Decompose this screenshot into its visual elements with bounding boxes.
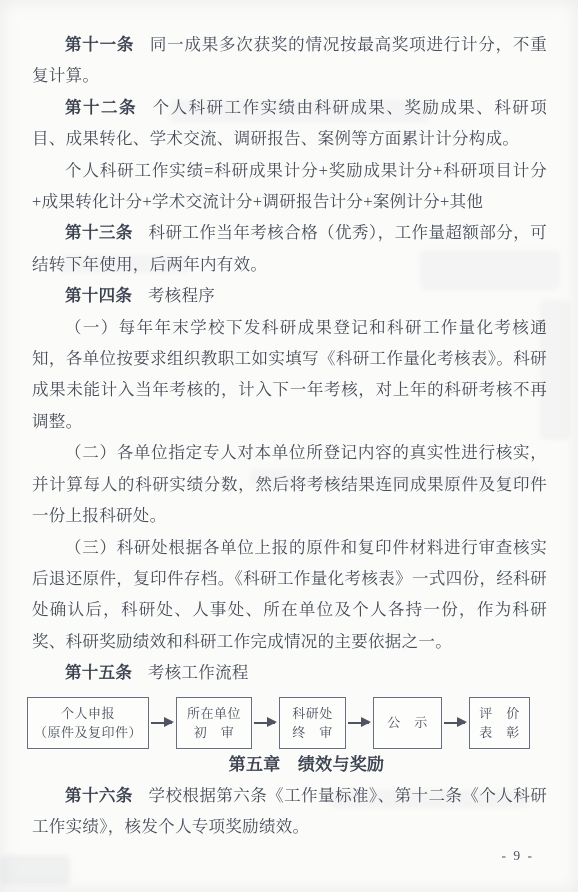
paragraph-article-15: 第十五条考核工作流程 (32, 657, 547, 688)
paragraph-text: （一）每年年末学校下发科研成果登记和科研工作量化考核通知，各单位按要求组织教职工… (32, 318, 547, 431)
document-body: 第十一条同一成果多次获奖的情况按最高奖项进行计分，不重复计算。 第十二条个人科研… (32, 29, 547, 843)
paragraph-item-2: （二）各单位指定专人对本单位所登记内容的真实性进行核实，并计算每人的科研实绩分数… (32, 437, 547, 531)
flow-step-label: 评 价 (479, 704, 520, 723)
flow-arrow-icon (151, 722, 172, 724)
flow-step-sublabel: 终 审 (292, 723, 333, 742)
paragraph-formula: 个人科研工作实绩=科研成果计分+奖励成果计分+科研项目计分+成果转化计分+学术交… (32, 155, 547, 218)
assessment-flowchart: 个人申报 （原件及复印件） 所在单位 初 审 科研处 终 审 公 示 评 价 表… (27, 697, 530, 749)
paragraph-text: 考核工作流程 (148, 663, 249, 682)
paragraph-text: （三）科研处根据各单位上报的原件和复印件材料进行审查核实后退还原件，复印件存档。… (32, 538, 547, 651)
flow-step-evaluation-commendation: 评 价 表 彰 (469, 697, 530, 749)
flow-step-research-office-final-review: 科研处 终 审 (279, 697, 346, 749)
chapter-heading: 第五章 绩效与奖励 (32, 749, 547, 780)
flow-step-label: 个人申报 (61, 704, 115, 723)
paragraph-text: （二）各单位指定专人对本单位所登记内容的真实性进行核实，并计算每人的科研实绩分数… (32, 443, 547, 525)
flow-step-sublabel: 表 彰 (479, 723, 520, 742)
paragraph-article-16: 第十六条学校根据第六条《工作量标准》、第十二条《个人科研工作实绩》，核发个人专项… (32, 780, 547, 843)
article-number: 第十三条 (65, 223, 133, 242)
flow-step-public-announcement: 公 示 (373, 697, 442, 749)
paragraph-article-11: 第十一条同一成果多次获奖的情况按最高奖项进行计分，不重复计算。 (32, 29, 547, 92)
paragraph-item-3: （三）科研处根据各单位上报的原件和复印件材料进行审查核实后退还原件，复印件存档。… (32, 532, 547, 658)
flow-arrow-icon (444, 722, 465, 724)
article-number: 第十一条 (65, 35, 134, 54)
paragraph-text: 考核程序 (148, 286, 215, 305)
flow-step-label: 科研处 (292, 704, 333, 723)
flow-step-sublabel: 初 审 (194, 723, 235, 742)
page-number: - 9 - (502, 848, 535, 864)
article-number: 第十六条 (65, 786, 133, 805)
article-number: 第十四条 (65, 286, 132, 305)
paragraph-item-1: （一）每年年末学校下发科研成果登记和科研工作量化考核通知，各单位按要求组织教职工… (32, 312, 547, 438)
flow-step-sublabel: （原件及复印件） (34, 723, 142, 742)
flow-step-label: 所在单位 (187, 704, 241, 723)
flow-step-personal-declaration: 个人申报 （原件及复印件） (27, 697, 149, 749)
paragraph-article-13: 第十三条科研工作当年考核合格（优秀），工作量超额部分，可结转下年使用，后两年内有… (32, 217, 547, 280)
paragraph-article-12: 第十二条个人科研工作实绩由科研成果、奖励成果、科研项目、成果转化、学术交流、调研… (32, 92, 547, 155)
flow-arrow-icon (348, 722, 369, 724)
scan-artifact (0, 855, 70, 885)
paragraph-article-14: 第十四条考核程序 (32, 280, 547, 311)
flow-step-label: 公 示 (387, 713, 428, 732)
article-number: 第十五条 (65, 663, 132, 682)
flow-arrow-icon (254, 722, 275, 724)
paragraph-text: 个人科研工作实绩=科研成果计分+奖励成果计分+科研项目计分+成果转化计分+学术交… (32, 161, 547, 211)
document-page: 第十一条同一成果多次获奖的情况按最高奖项进行计分，不重复计算。 第十二条个人科研… (0, 0, 578, 892)
article-number: 第十二条 (65, 98, 137, 117)
flow-step-unit-initial-review: 所在单位 初 审 (176, 697, 252, 749)
